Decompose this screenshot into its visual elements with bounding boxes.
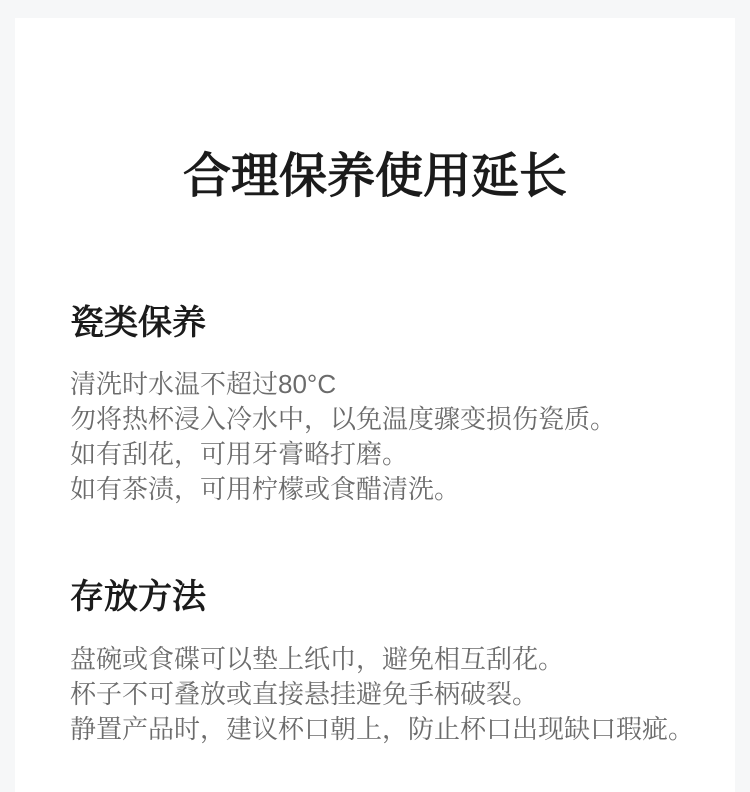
care-instruction-line: 勿将热杯浸入冷水中，以免温度骤变损伤瓷质。 bbox=[70, 402, 680, 437]
storage-instruction-line: 静置产品时，建议杯口朝上，防止杯口出现缺口瑕疵。 bbox=[70, 712, 680, 747]
section-porcelain-care: 瓷类保养 清洗时水温不超过80°C 勿将热杯浸入冷水中，以免温度骤变损伤瓷质。 … bbox=[70, 306, 680, 507]
storage-method-heading: 存放方法 bbox=[70, 580, 680, 614]
care-instruction-line: 清洗时水温不超过80°C bbox=[70, 367, 680, 402]
page-background: { "colors": { "page_background": "#f6f7f… bbox=[0, 0, 750, 792]
section-storage-method: 存放方法 盘碗或食碟可以垫上纸巾，避免相互刮花。 杯子不可叠放或直接悬挂避免手柄… bbox=[70, 580, 680, 747]
care-instruction-line: 如有刮花，可用牙膏略打磨。 bbox=[70, 437, 680, 472]
care-instructions-card: 合理保养使用延长 瓷类保养 清洗时水温不超过80°C 勿将热杯浸入冷水中，以免温… bbox=[15, 18, 735, 792]
storage-instruction-line: 杯子不可叠放或直接悬挂避免手柄破裂。 bbox=[70, 677, 680, 712]
page-title: 合理保养使用延长 bbox=[70, 153, 680, 201]
storage-instruction-line: 盘碗或食碟可以垫上纸巾，避免相互刮花。 bbox=[70, 642, 680, 677]
care-instruction-line: 如有茶渍，可用柠檬或食醋清洗。 bbox=[70, 472, 680, 507]
porcelain-care-body: 清洗时水温不超过80°C 勿将热杯浸入冷水中，以免温度骤变损伤瓷质。 如有刮花，… bbox=[70, 367, 680, 507]
porcelain-care-heading: 瓷类保养 bbox=[70, 306, 680, 340]
storage-method-body: 盘碗或食碟可以垫上纸巾，避免相互刮花。 杯子不可叠放或直接悬挂避免手柄破裂。 静… bbox=[70, 642, 680, 747]
